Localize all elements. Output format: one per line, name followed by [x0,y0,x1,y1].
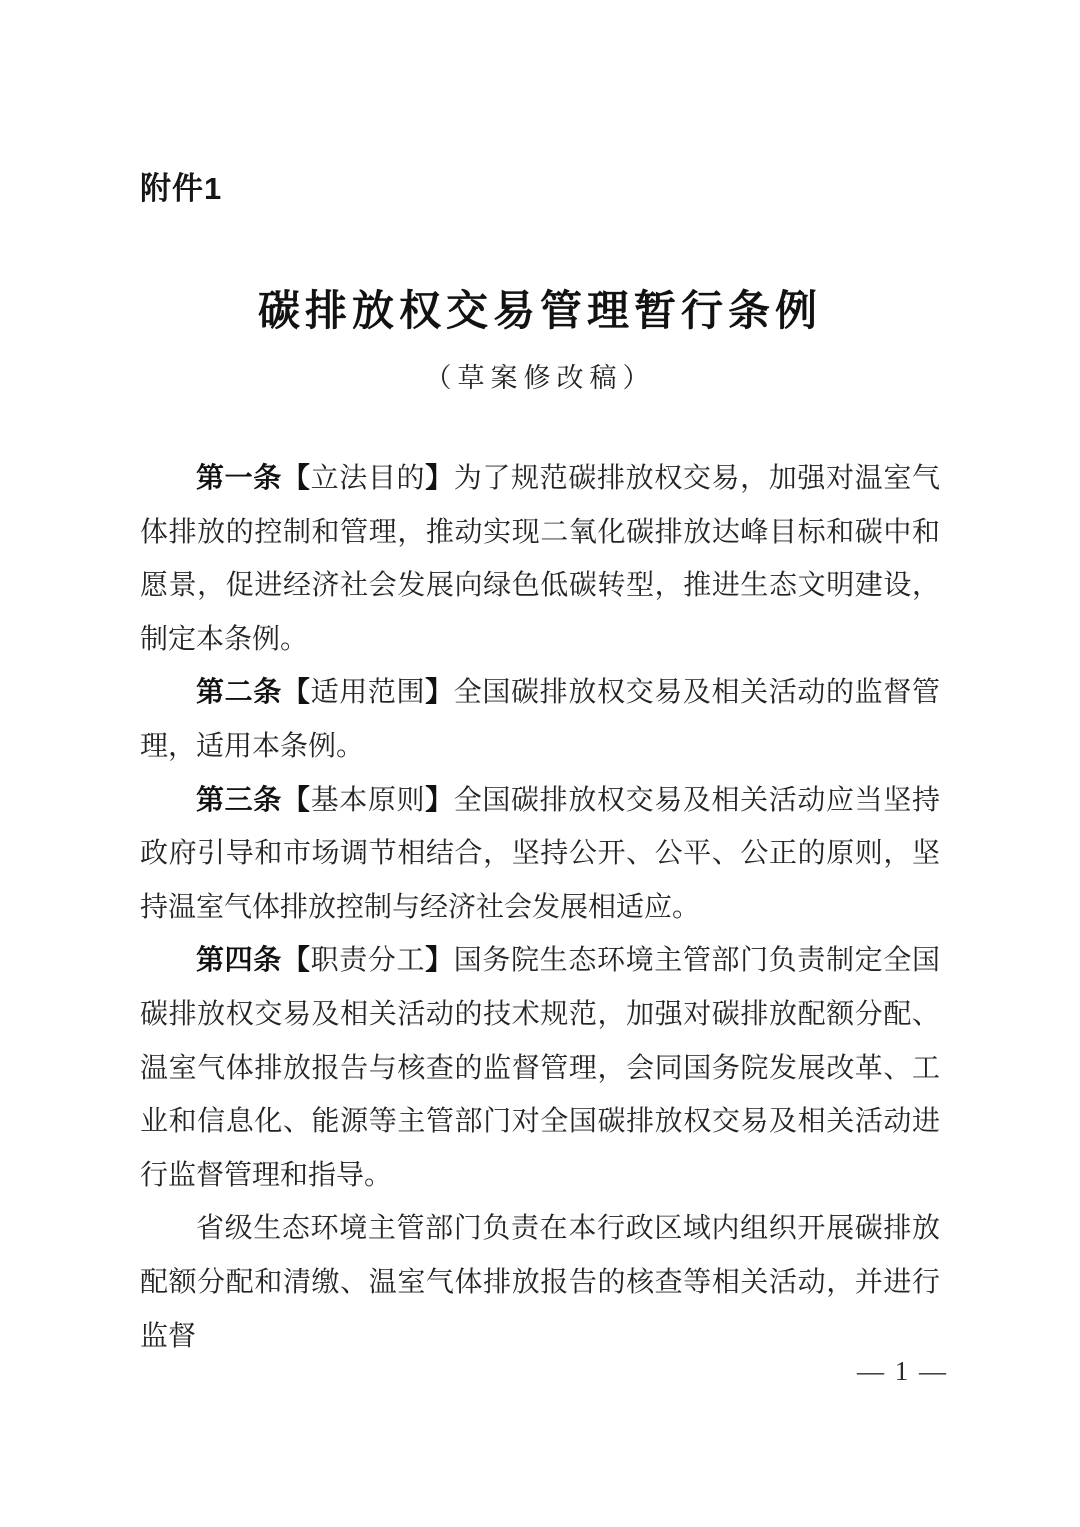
paragraph-article-2: 第二条【适用范围】全国碳排放权交易及相关活动的监督管理，适用本条例。 [140,666,940,773]
article-tag: 基本原则 [311,785,426,816]
footer-page-number: — 1 — [857,1356,948,1387]
paragraph-continuation: 省级生态环境主管部门负责在本行政区域内组织开展碳排放配额分配和清缴、温室气体排放… [140,1202,940,1363]
bracket-open: 【 [282,945,311,976]
bracket-open: 【 [282,677,311,708]
bracket-close: 】 [425,785,454,816]
bracket-close: 】 [425,945,454,976]
article-tag: 职责分工 [311,945,426,976]
bracket-open: 【 [282,785,311,816]
document-page: 附件1 碳排放权交易管理暂行条例 （草案修改稿） 第一条【立法目的】为了规范碳排… [0,0,1080,1527]
article-number: 第三条 [196,785,282,816]
article-number: 第四条 [196,945,282,976]
bracket-open: 【 [282,463,311,494]
article-tag: 适用范围 [311,677,426,708]
document-body: 第一条【立法目的】为了规范碳排放权交易，加强对温室气体排放的控制和管理，推动实现… [140,452,940,1363]
bracket-close: 】 [425,677,454,708]
document-title: 碳排放权交易管理暂行条例 [0,278,1080,338]
article-text: 省级生态环境主管部门负责在本行政区域内组织开展碳排放配额分配和清缴、温室气体排放… [140,1213,940,1351]
paragraph-article-1: 第一条【立法目的】为了规范碳排放权交易，加强对温室气体排放的控制和管理，推动实现… [140,452,940,666]
article-tag: 立法目的 [311,463,426,494]
attachment-label: 附件1 [140,163,222,208]
article-number: 第一条 [196,463,282,494]
document-subtitle: （草案修改稿） [0,356,1080,395]
article-text: 国务院生态环境主管部门负责制定全国碳排放权交易及相关活动的技术规范，加强对碳排放… [140,945,940,1190]
bracket-close: 】 [425,463,454,494]
paragraph-article-3: 第三条【基本原则】全国碳排放权交易及相关活动应当坚持政府引导和市场调节相结合，坚… [140,774,940,935]
article-number: 第二条 [196,677,282,708]
paragraph-article-4: 第四条【职责分工】国务院生态环境主管部门负责制定全国碳排放权交易及相关活动的技术… [140,934,940,1202]
